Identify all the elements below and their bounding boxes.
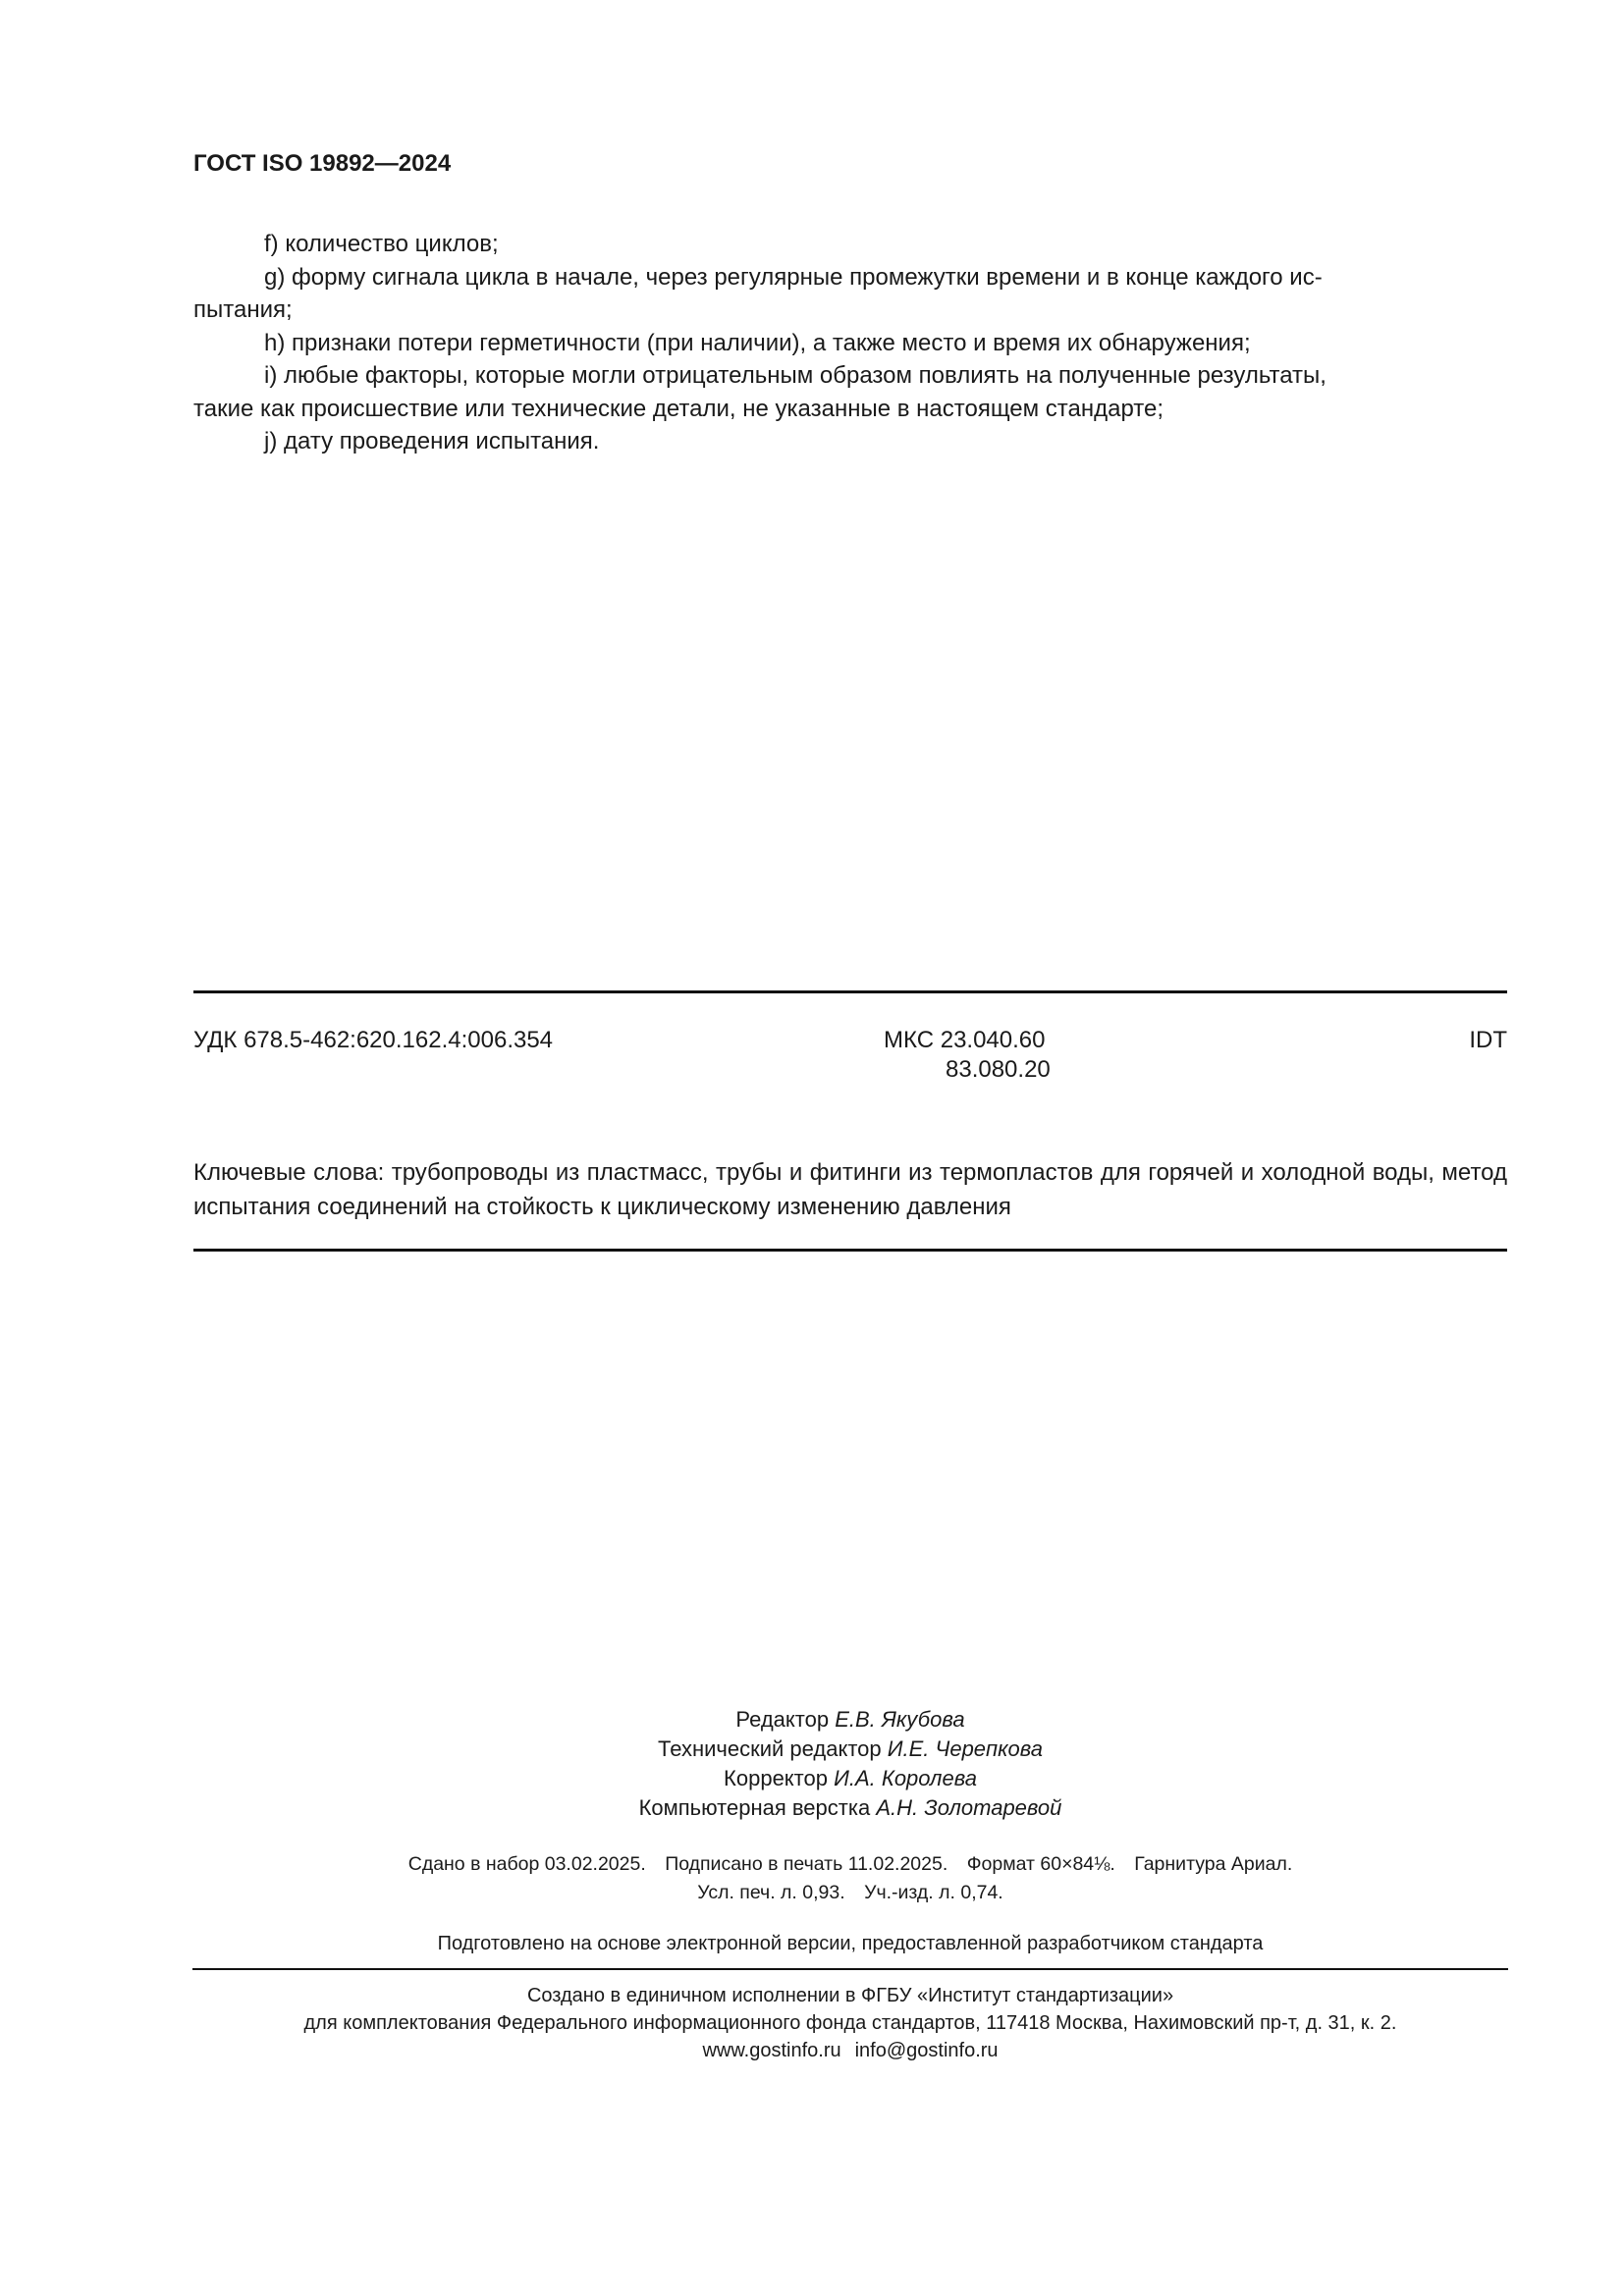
divider-top	[193, 990, 1507, 993]
list-item-f: f) количество циклов;	[193, 228, 1507, 261]
list-item-j: j) дату проведения испытания.	[193, 425, 1507, 458]
divider-keywords	[193, 1249, 1507, 1252]
purpose-address: для комплектования Федерального информац…	[193, 2009, 1507, 2037]
prepared-note: Подготовлено на основе электронной верси…	[193, 1930, 1507, 1957]
document-id-header: ГОСТ ISO 19892—2024	[193, 149, 451, 179]
credit-name: Е.В. Якубова	[835, 1707, 964, 1732]
credit-name: И.А. Королева	[834, 1766, 977, 1790]
credit-editor: Редактор Е.В. Якубова	[193, 1705, 1507, 1735]
list-item-i: i) любые факторы, которые могли отрицате…	[193, 359, 1507, 393]
mks-label: МКС	[884, 1027, 934, 1053]
test-report-items: f) количество циклов; g) форму сигнала ц…	[193, 228, 1507, 458]
created-note: Создано в единичном исполнении в ФГБУ «И…	[193, 1982, 1507, 2009]
divider-footer	[192, 1968, 1508, 1970]
list-item-i-continued: такие как происшествие или технические д…	[193, 393, 1507, 426]
credit-proofreader: Корректор И.А. Королева	[193, 1764, 1507, 1793]
editorial-credits: Редактор Е.В. Якубова Технический редакт…	[193, 1705, 1507, 1823]
keywords: Ключевые слова: трубопроводы из пластмас…	[193, 1155, 1507, 1224]
contacts: www.gostinfo.ruinfo@gostinfo.ru	[193, 2037, 1507, 2064]
credit-technical-editor: Технический редактор И.Е. Черепкова	[193, 1735, 1507, 1764]
udk-code: УДК 678.5-462:620.162.4:006.354	[193, 1026, 553, 1055]
mks-code-2: 83.080.20	[946, 1055, 1051, 1085]
credit-layout: Компьютерная верстка А.Н. Золотаревой	[193, 1793, 1507, 1823]
credit-name: И.Е. Черепкова	[888, 1736, 1043, 1761]
imprint-info: Сдано в набор 03.02.2025. Подписано в пе…	[193, 1850, 1507, 1907]
publisher-info: Создано в единичном исполнении в ФГБУ «И…	[193, 1982, 1507, 2064]
list-item-h: h) признаки потери герметичности (при на…	[193, 327, 1507, 360]
website-link[interactable]: www.gostinfo.ru	[702, 2040, 840, 2061]
imprint-line-2: Усл. печ. л. 0,93. Уч.-изд. л. 0,74.	[193, 1879, 1507, 1907]
email-link[interactable]: info@gostinfo.ru	[855, 2040, 999, 2061]
mks-code-1: 23.040.60	[941, 1027, 1046, 1053]
mks-block: МКС 23.040.60	[884, 1026, 1046, 1055]
list-item-g: g) форму сигнала цикла в начале, через р…	[193, 261, 1507, 294]
harmonization-degree: IDT	[1469, 1026, 1507, 1055]
imprint-line-1: Сдано в набор 03.02.2025. Подписано в пе…	[193, 1850, 1507, 1879]
list-item-g-continued: пытания;	[193, 294, 1507, 327]
credit-name: А.Н. Золотаревой	[876, 1795, 1061, 1820]
